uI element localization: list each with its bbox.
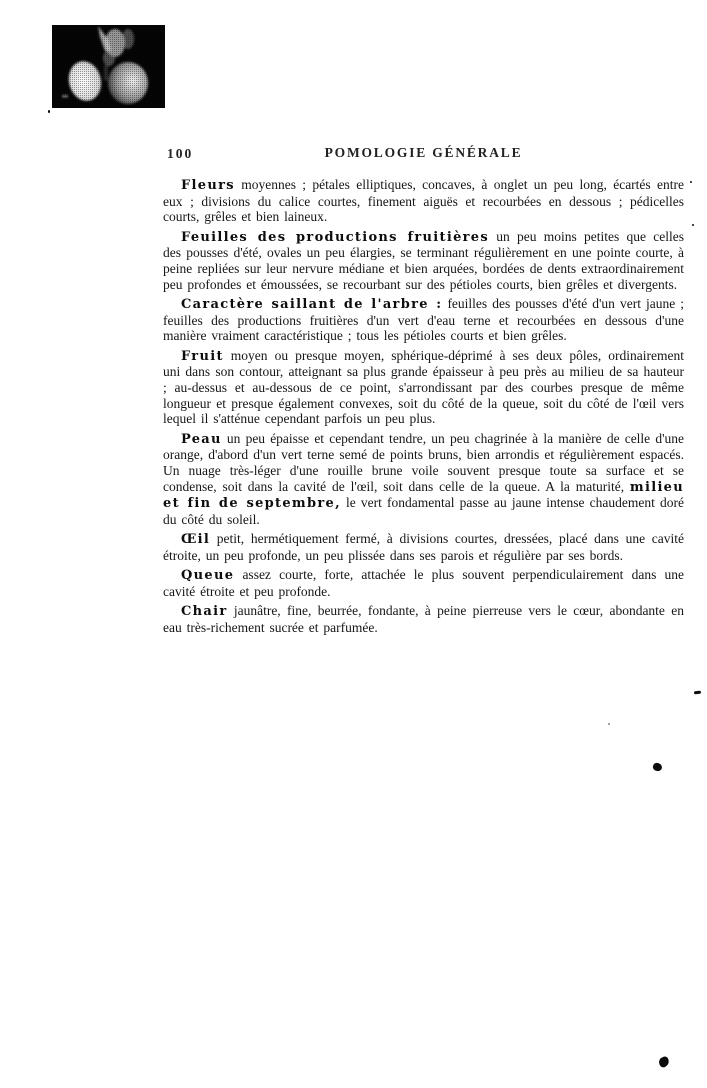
paragraph-lead-feuilles: Feuilles des productions fruitières (181, 230, 489, 245)
page-text-block: Fleurs moyennes ; pétales elliptiques, c… (163, 177, 684, 639)
paragraph-chair: Chair jaunâtre, fine, beurrée, fondante,… (163, 603, 684, 635)
ink-speck (690, 181, 692, 183)
page-number: 100 (167, 146, 193, 162)
paragraph-body-peau: un peu épaisse et cependant tendre, un p… (163, 431, 684, 494)
paragraph-lead-caractere: Caractère saillant de l'arbre : (181, 297, 442, 312)
scanned-book-page: 100 POMOLOGIE GÉNÉRALE Fleurs moyennes ;… (0, 0, 707, 1088)
book-title-header: POMOLOGIE GÉNÉRALE (163, 145, 684, 161)
paragraph-feuilles: Feuilles des productions fruitières un p… (163, 229, 684, 293)
ink-speck (658, 1056, 671, 1069)
paragraph-lead-peau: Peau (181, 432, 222, 447)
paragraph-body-fruit: moyen ou presque moyen, sphérique-déprim… (163, 348, 684, 427)
paragraph-fleurs: Fleurs moyennes ; pétales elliptiques, c… (163, 177, 684, 225)
ink-speck (652, 762, 663, 772)
paragraph-lead-chair: Chair (181, 604, 228, 619)
paragraph-peau: Peau un peu épaisse et cependant tendre,… (163, 431, 684, 528)
paragraph-queue: Queue assez courte, forte, attachée le p… (163, 567, 684, 599)
ink-speck (692, 224, 694, 226)
ink-speck (48, 110, 50, 113)
paragraph-oeil: Œil petit, hermétiquement fermé, à divis… (163, 531, 684, 563)
paragraph-lead-queue: Queue (181, 568, 234, 583)
paragraph-body-fleurs: moyennes ; pétales elliptiques, concaves… (163, 177, 684, 224)
halftone-specimen-photo (52, 25, 165, 108)
paragraph-fruit: Fruit moyen ou presque moyen, sphérique-… (163, 348, 684, 428)
paragraph-lead-oeil: Œil (181, 532, 210, 547)
running-header: 100 POMOLOGIE GÉNÉRALE (163, 145, 684, 163)
paragraph-lead-fruit: Fruit (181, 349, 224, 364)
ink-speck (694, 691, 701, 695)
halftone-photo-graphic (52, 25, 165, 108)
paragraph-body-queue: assez courte, forte, attachée le plus so… (163, 567, 684, 599)
ink-speck (608, 723, 610, 725)
paragraph-body-oeil: petit, hermétiquement fermé, à divisions… (163, 531, 684, 563)
paragraph-body-chair: jaunâtre, fine, beurrée, fondante, à pei… (163, 603, 684, 635)
paragraph-lead-fleurs: Fleurs (181, 178, 235, 193)
paragraph-caractere: Caractère saillant de l'arbre : feuilles… (163, 296, 684, 344)
